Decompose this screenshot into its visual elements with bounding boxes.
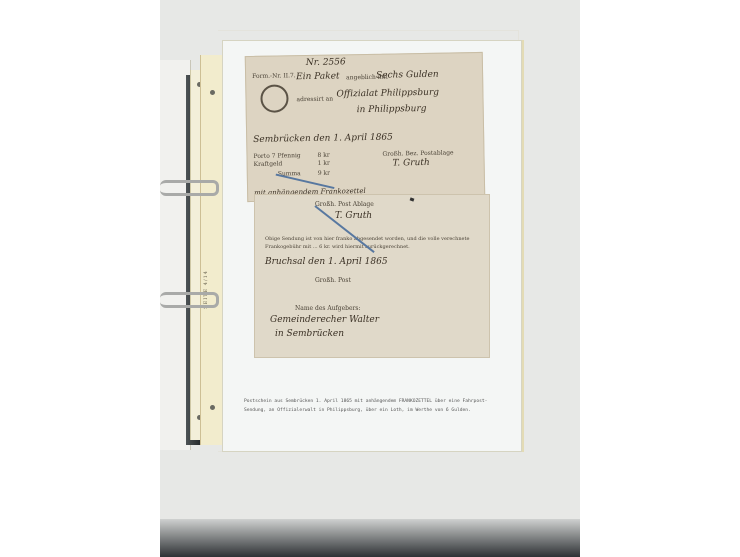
office-stamp: Großh. Post Ablage xyxy=(315,201,374,208)
table-edge xyxy=(160,519,580,557)
place-date: Bruchsal den 1. April 1865 xyxy=(265,257,388,267)
sender-place: in Sembrücken xyxy=(275,329,344,339)
fee-value: 1 kr xyxy=(318,160,330,167)
fee-label: Porto 7 Pfennig xyxy=(253,152,300,160)
binder-ring xyxy=(160,180,219,196)
sender-name: Gemeinderecher Walter xyxy=(270,315,379,325)
photo-binder-page: SEITE 4/14 BADEN - GROSSH. POST - ANLAGE… xyxy=(160,0,580,557)
binder-ring xyxy=(160,292,219,308)
fee-value: 9 kr xyxy=(318,170,330,177)
punch-hole xyxy=(210,405,215,410)
page-caption: Postschein aus Sembrücken 1. April 1865 … xyxy=(244,397,494,415)
punch-hole xyxy=(210,90,215,95)
postschein: Form.-Nr. II.7. Nr. 2556 Ein Paket angeb… xyxy=(245,52,486,202)
form-text: Obige Sendung ist von hier franko abgese… xyxy=(265,235,480,251)
fee-value: 8 kr xyxy=(317,152,329,159)
fee-label: Kraftgeld xyxy=(254,160,283,168)
signature: T. Gruth xyxy=(335,211,372,221)
sender-label: Name des Aufgebers: xyxy=(295,305,361,312)
coat-of-arms-seal xyxy=(260,84,288,112)
postal-document: Form.-Nr. II.7. Nr. 2556 Ein Paket angeb… xyxy=(246,54,486,356)
addressee-place: in Philippsburg xyxy=(357,104,427,115)
form-number: Form.-Nr. II.7. xyxy=(252,72,296,80)
signature: T. Gruth xyxy=(393,158,430,169)
item-label: Ein Paket xyxy=(296,71,340,82)
office-stamp: Großh. Bez. Postablage xyxy=(382,149,453,157)
reference-number: Nr. 2556 xyxy=(306,57,346,68)
frankozettel: Großh. Post Ablage T. Gruth Obige Sendun… xyxy=(254,194,490,358)
addressee: Offizialat Philippsburg xyxy=(336,88,439,100)
item-value: Sechs Gulden xyxy=(376,70,439,81)
addressee-label: adressirt an xyxy=(296,96,333,104)
place-date: Sembrücken den 1. April 1865 xyxy=(253,133,393,145)
office-stamp: Großh. Post xyxy=(315,277,351,284)
